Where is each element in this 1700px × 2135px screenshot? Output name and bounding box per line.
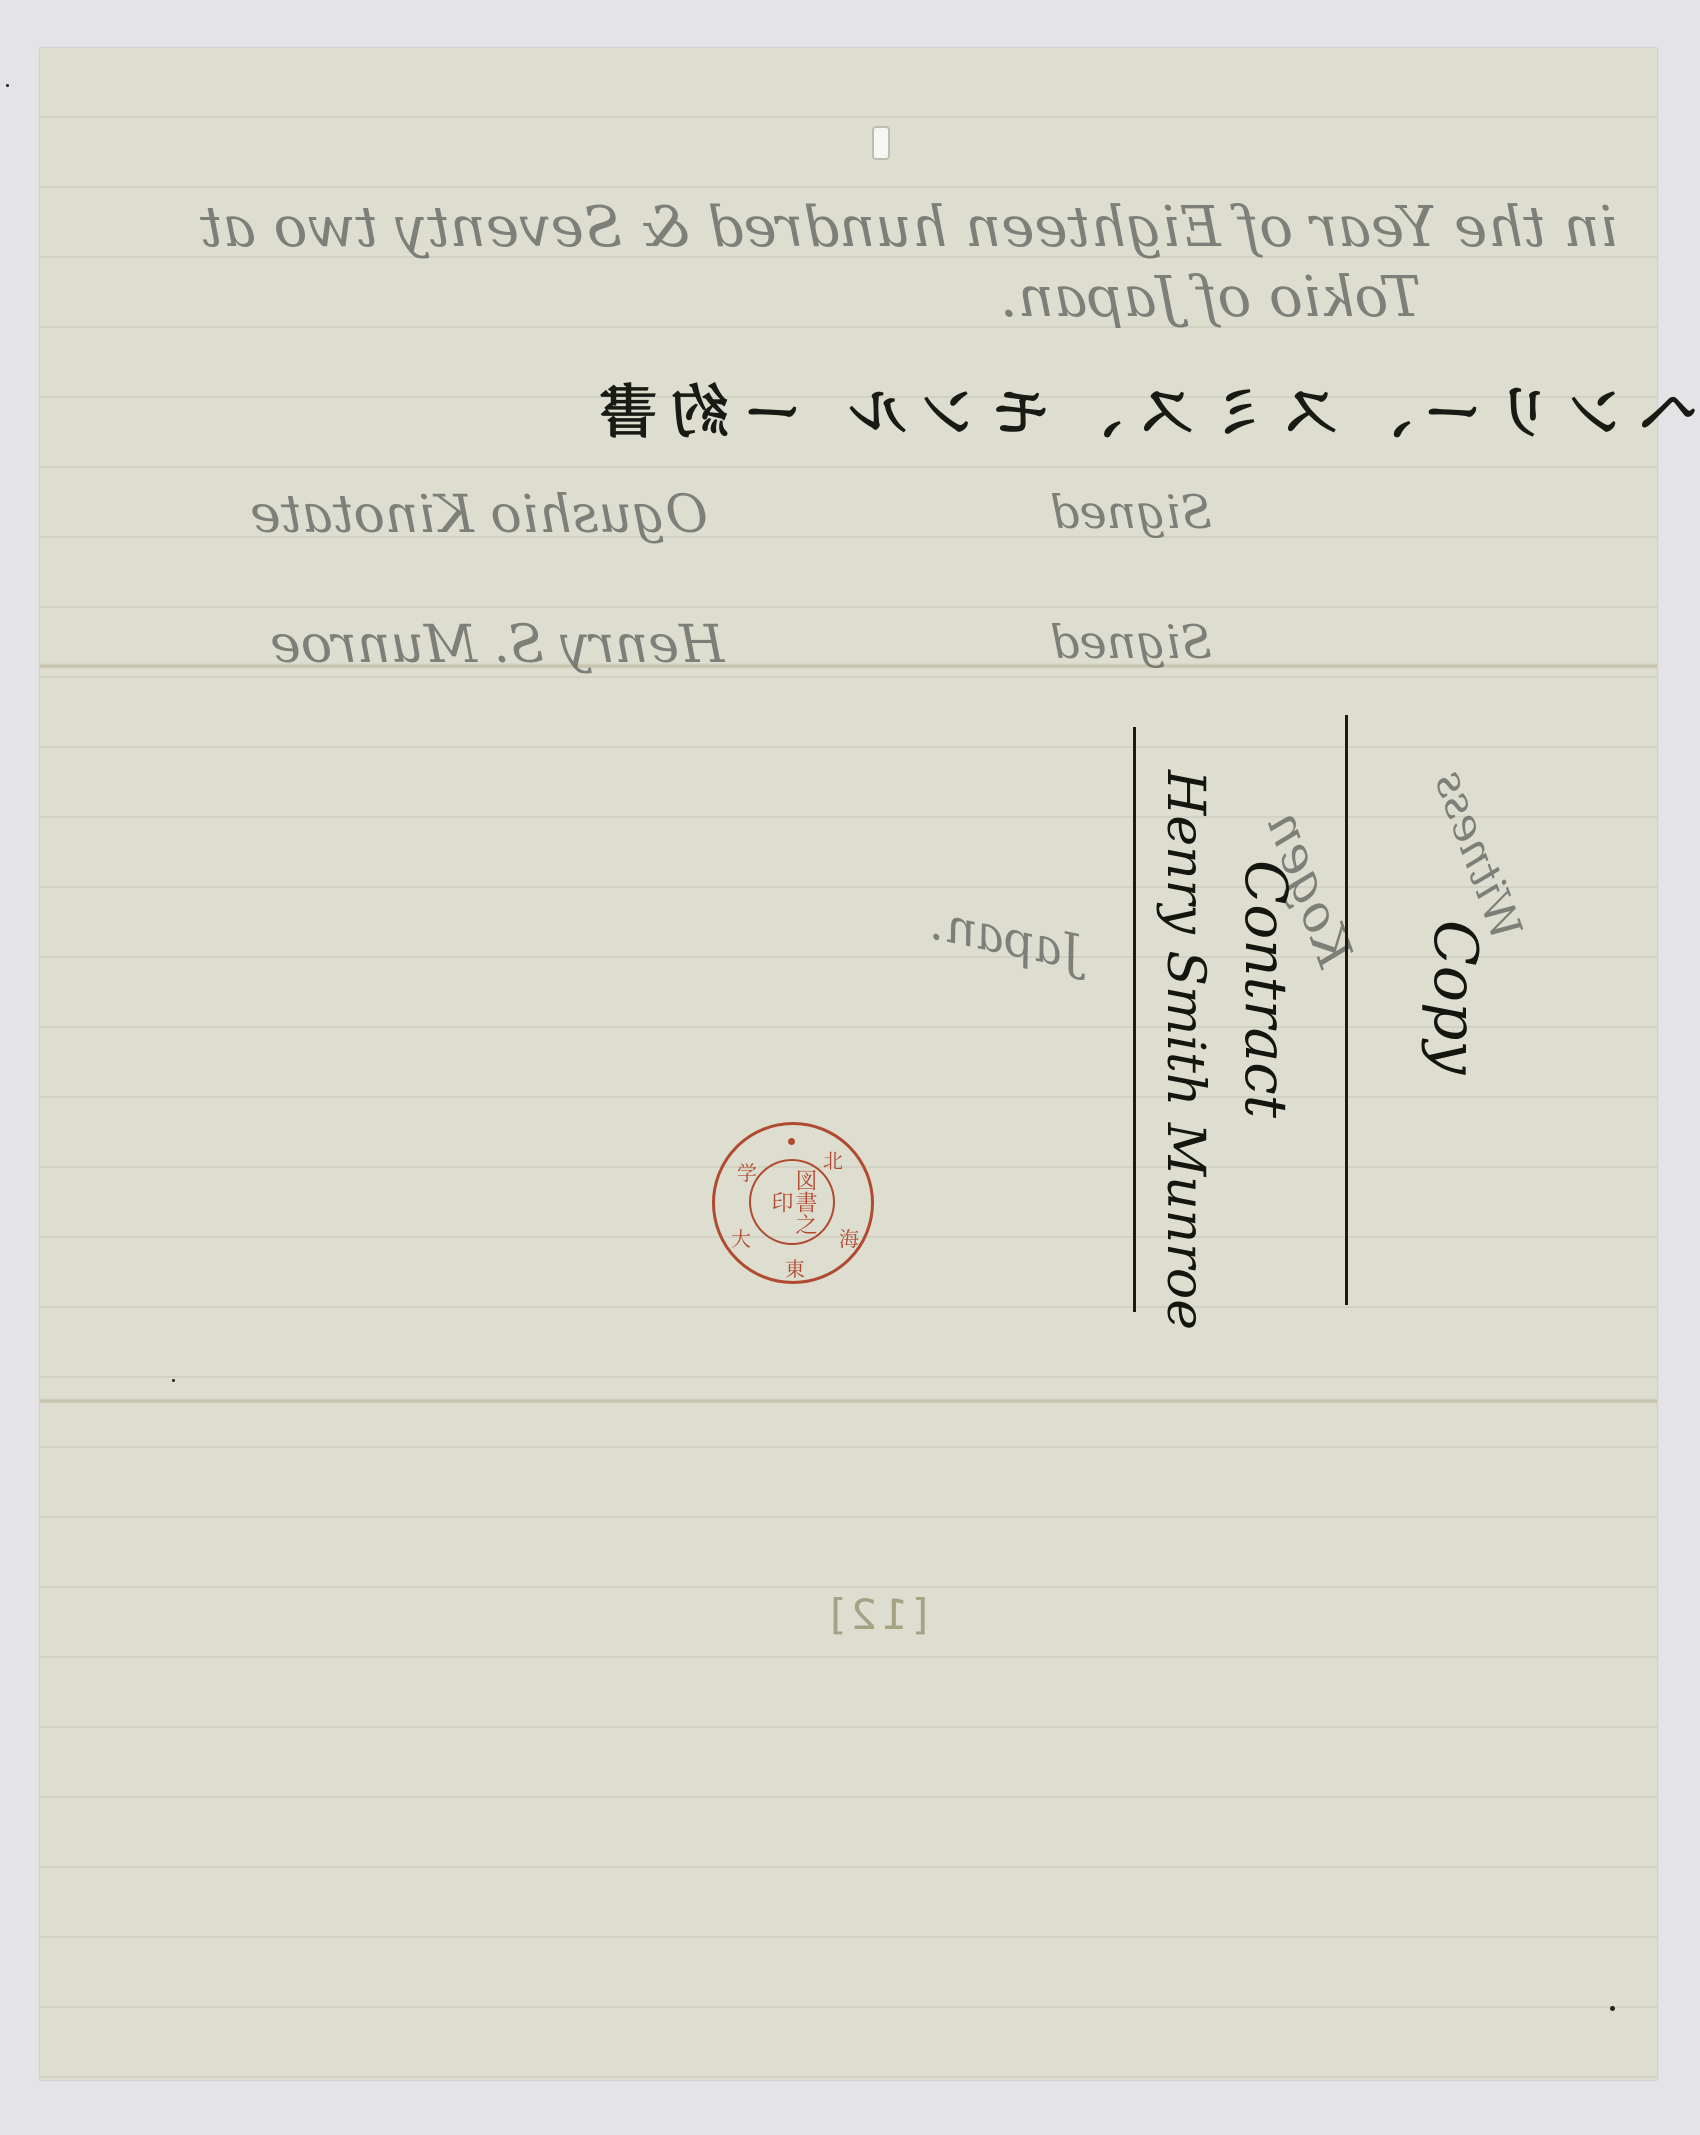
- seal-char-3: 東: [785, 1253, 805, 1282]
- fold-line-lower: [40, 1398, 1657, 1404]
- seal-center-text: 図書之印: [749, 1159, 835, 1245]
- signer-name-2: Henry S. Munroe: [270, 615, 724, 675]
- ink-speck: [6, 84, 9, 87]
- docket-copy: Copy: [1420, 920, 1490, 1074]
- seal-char-1: 北: [823, 1145, 843, 1174]
- docket-rule-left: [1133, 727, 1136, 1312]
- library-seal-stamp: 北 海 東 大 学 図書之印: [712, 1122, 874, 1284]
- docket-rule-right: [1345, 715, 1348, 1305]
- ink-speck: [172, 1379, 175, 1382]
- punch-hole: [872, 126, 890, 160]
- seal-char-4: 大: [731, 1223, 751, 1252]
- paper-sheet: [40, 48, 1657, 2080]
- seal-char-2: 海: [839, 1223, 859, 1252]
- bleed-line-1: in the Year of Eighteen hundred & Sevent…: [200, 195, 1617, 260]
- signed-label-2: Signed: [1050, 615, 1212, 669]
- docket-contract: Contract: [1232, 860, 1300, 1118]
- bleed-line-2: Tokio of Japan.: [1000, 265, 1421, 330]
- docket-name: Henry Smith Munroe: [1155, 770, 1215, 1330]
- ink-speck: [1610, 2006, 1615, 2011]
- signer-name-1: Ogushio Kinotate: [250, 485, 708, 545]
- seal-dot: [788, 1138, 795, 1145]
- katakana-line: ヘンリー、スミス、モンル ー約書: [585, 365, 1697, 449]
- page-number-bleed: [12]: [826, 1590, 928, 1639]
- signed-label-1: Signed: [1050, 485, 1212, 539]
